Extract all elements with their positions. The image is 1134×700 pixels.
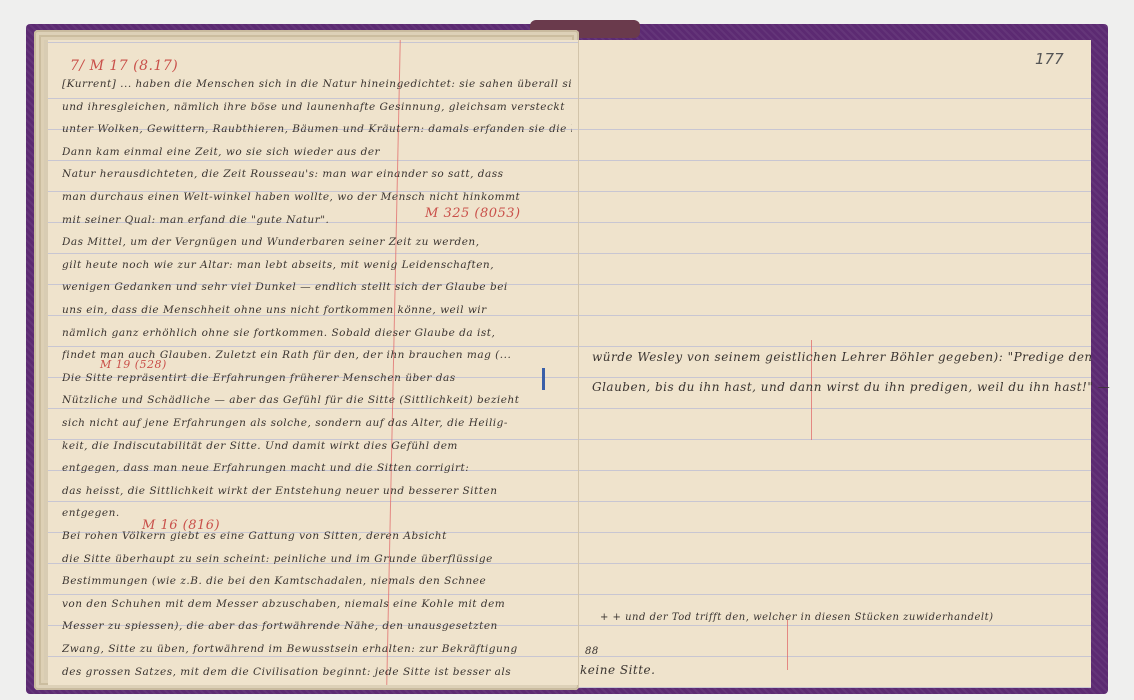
manuscript-line: Die Sitte repräsentirt die Erfahrungen f… bbox=[62, 372, 572, 384]
page-number: 177 bbox=[1035, 50, 1064, 68]
footer-number: 88 bbox=[585, 646, 599, 657]
margin-line bbox=[386, 40, 401, 685]
manuscript-line: und ihresgleichen, nämlich ihre böse und… bbox=[62, 101, 572, 113]
manuscript-line: gilt heute noch wie zur Altar: man lebt … bbox=[62, 259, 572, 271]
margin-mark bbox=[787, 620, 788, 670]
manuscript-line: Das Mittel, um der Vergnügen und Wunderb… bbox=[62, 236, 572, 248]
manuscript-line: entgegen. bbox=[62, 507, 572, 519]
manuscript-line: mit seiner Qual: man erfand die "gute Na… bbox=[62, 214, 572, 226]
manuscript-line: unter Wolken, Gewittern, Raubthieren, Bä… bbox=[62, 123, 572, 135]
right-page bbox=[578, 40, 1091, 688]
manuscript-line: uns ein, dass die Menschheit ohne uns ni… bbox=[62, 304, 572, 316]
manuscript-line: von den Schuhen mit dem Messer abzuschab… bbox=[62, 598, 572, 610]
manuscript-line: Messer zu spiessen), die aber das fortwä… bbox=[62, 620, 572, 632]
right-line-3: + + und der Tod trifft den, welcher in d… bbox=[600, 612, 994, 623]
annotation-top: 7/ M 17 (8.17) bbox=[70, 58, 178, 74]
right-line-2: Glauben, bis du ihn hast, und dann wirst… bbox=[592, 380, 1110, 394]
manuscript-line: [Kurrent] ... haben die Menschen sich in… bbox=[62, 78, 572, 90]
manuscript-line: Nützliche und Schädliche — aber das Gefü… bbox=[62, 394, 572, 406]
manuscript-line: Bestimmungen (wie z.B. die bei den Kamts… bbox=[62, 575, 572, 587]
manuscript-line: findet man auch Glauben. Zuletzt ein Rat… bbox=[62, 349, 572, 361]
manuscript-line: keit, die Indiscutabilität der Sitte. Un… bbox=[62, 440, 572, 452]
manuscript-line: man durchaus einen Welt-winkel haben wol… bbox=[62, 191, 572, 203]
manuscript-line: Bei rohen Völkern giebt es eine Gattung … bbox=[62, 530, 572, 542]
manuscript-line: entgegen, dass man neue Erfahrungen mach… bbox=[62, 462, 572, 474]
manuscript-line: das heisst, die Sittlichkeit wirkt der E… bbox=[62, 485, 572, 497]
manuscript-line: Natur herausdichteten, die Zeit Rousseau… bbox=[62, 168, 572, 180]
manuscript-line: Zwang, Sitte zu üben, fortwährend im Bew… bbox=[62, 643, 572, 655]
manuscript-line: nämlich ganz erhöhlich ohne sie fortkomm… bbox=[62, 327, 572, 339]
manuscript-line: des grossen Satzes, mit dem die Civilisa… bbox=[62, 666, 572, 678]
manuscript-line: wenigen Gedanken und sehr viel Dunkel — … bbox=[62, 281, 572, 293]
right-line-1: würde Wesley von seinem geistlichen Lehr… bbox=[592, 350, 1093, 364]
manuscript-line: Dann kam einmal eine Zeit, wo sie sich w… bbox=[62, 146, 572, 158]
manuscript-line: sich nicht auf jene Erfahrungen als solc… bbox=[62, 417, 572, 429]
manuscript-line: die Sitte überhaupt zu sein scheint: pei… bbox=[62, 553, 572, 565]
footer-line: keine Sitte. bbox=[580, 663, 655, 677]
